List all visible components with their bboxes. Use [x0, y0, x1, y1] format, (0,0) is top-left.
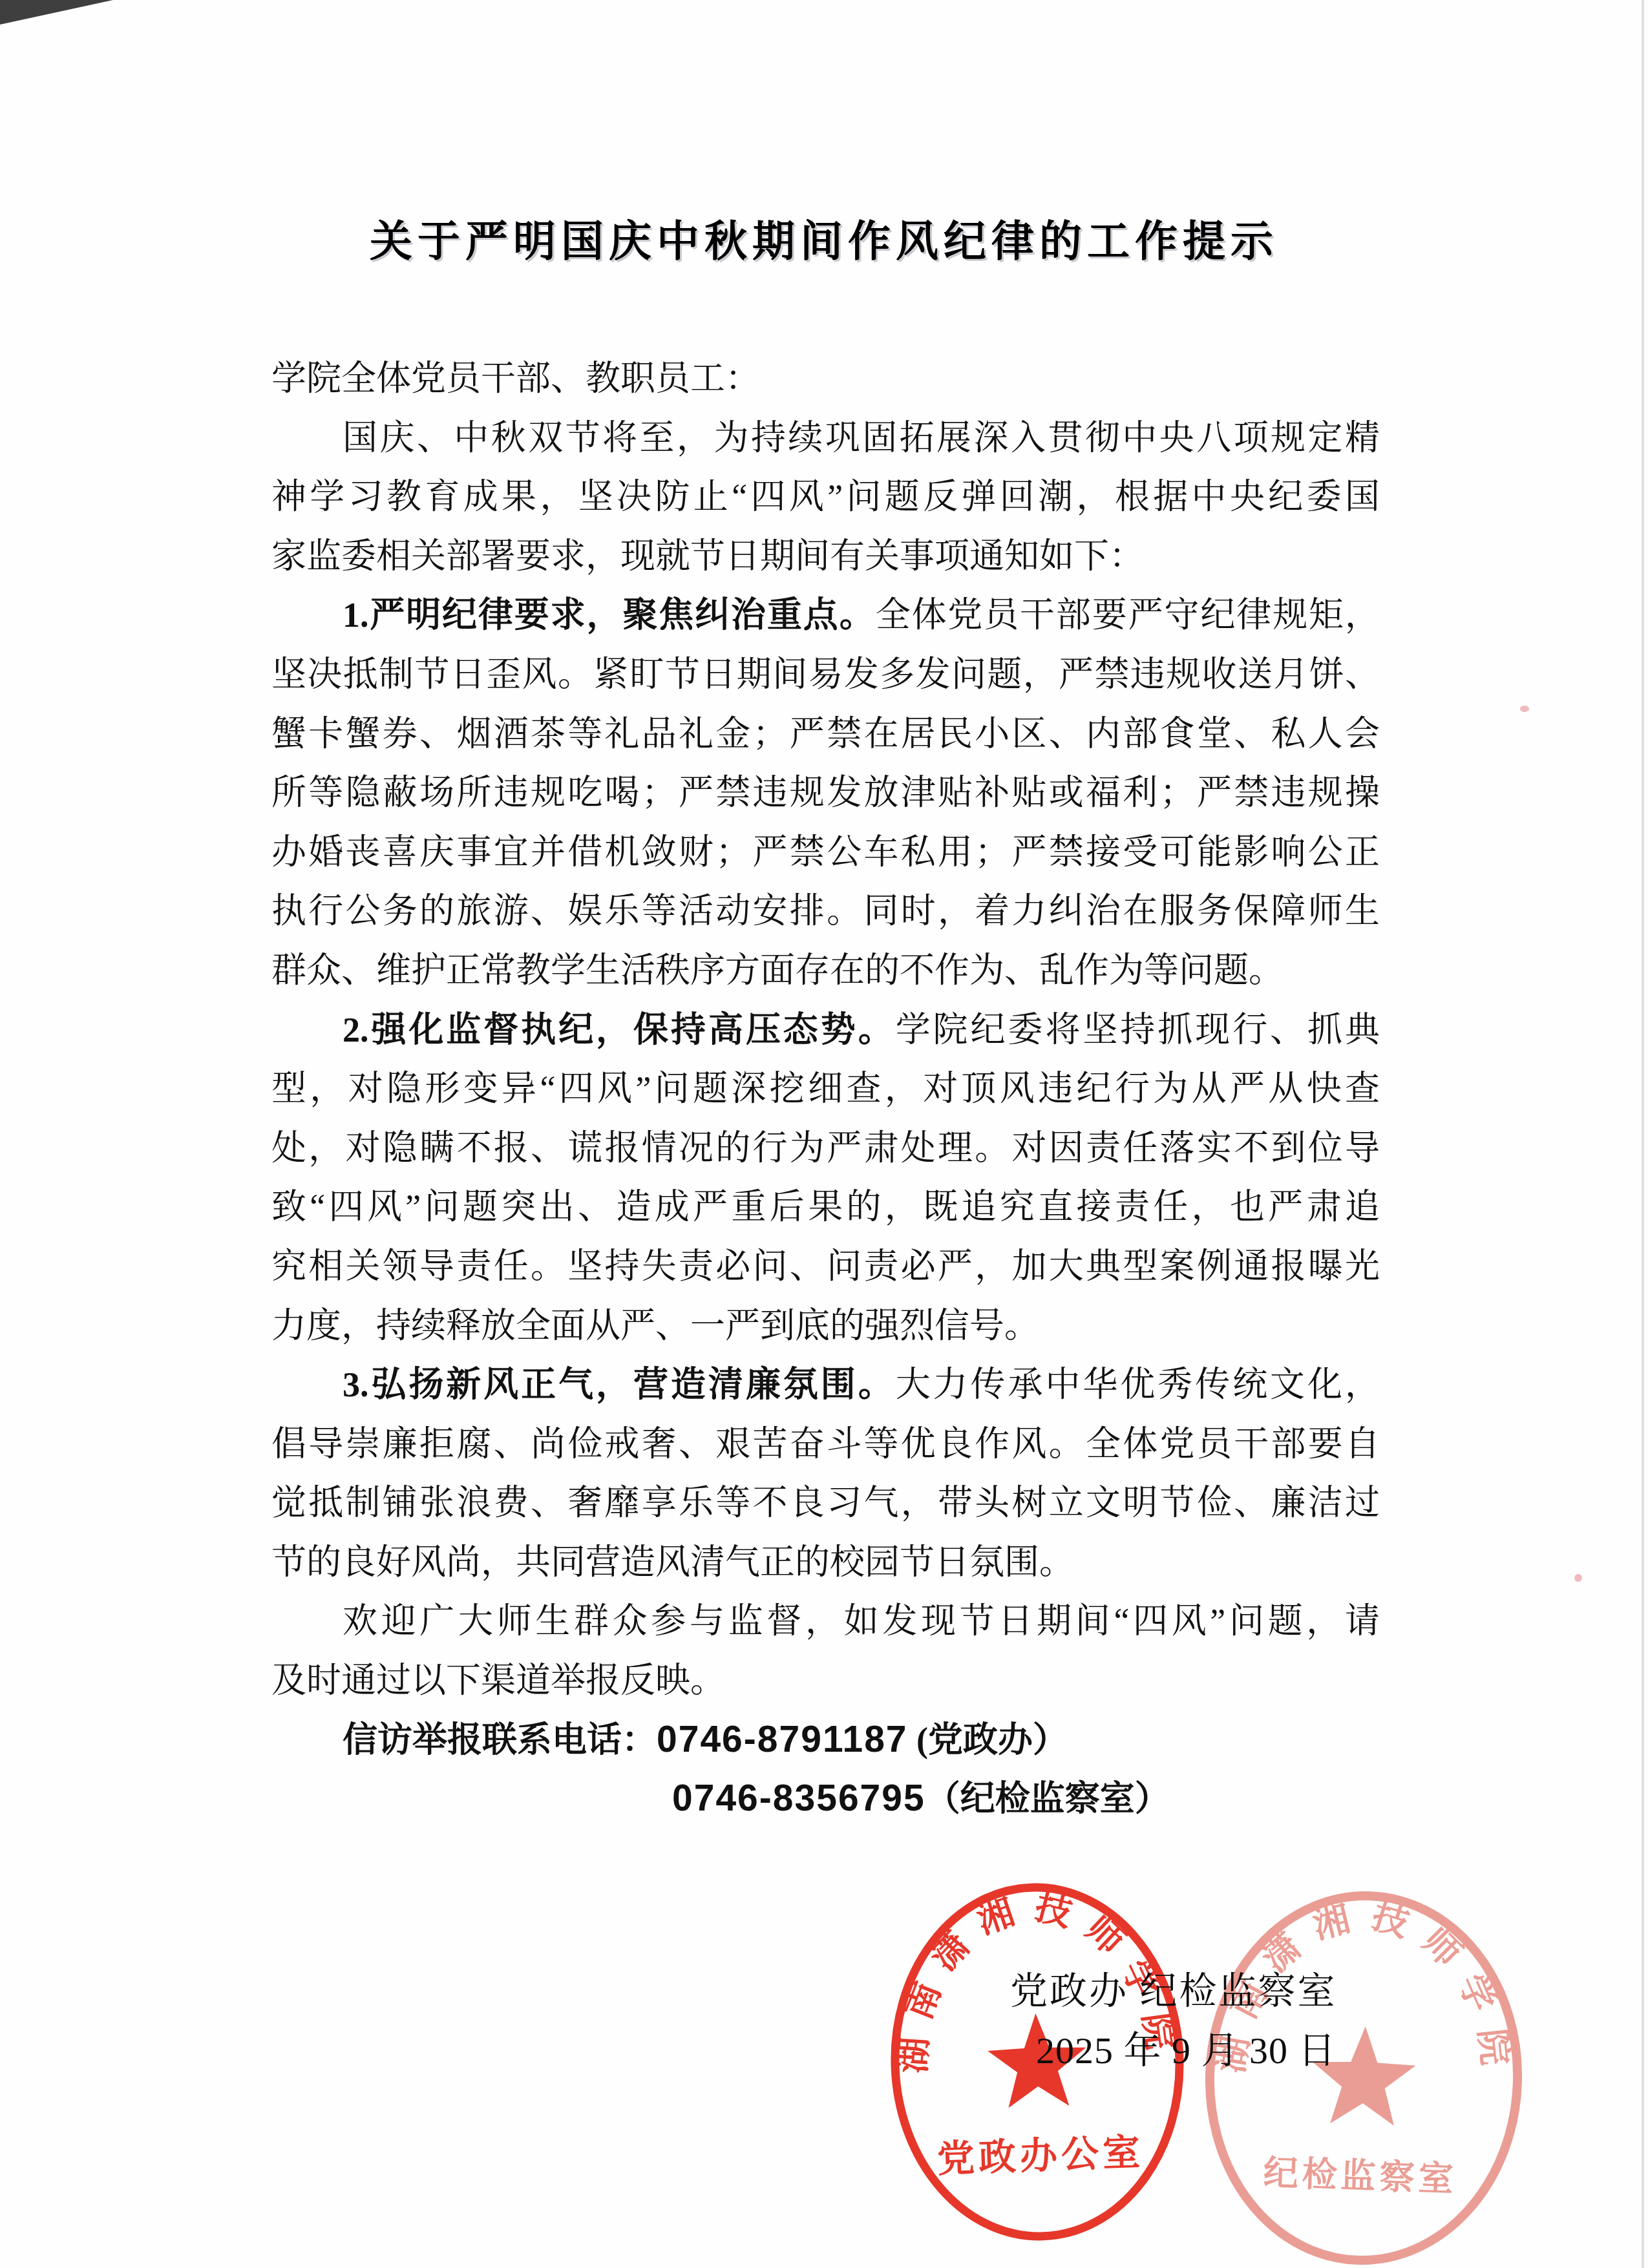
body-line: 学院全体党员干部、教职员工： [271, 349, 1380, 408]
body-line-text: 家监委相关部署要求，现就节日期间有关事项通知如下： [271, 537, 1144, 576]
body-line-text: 型，对隐形变异“四风”问题深挖细查，对顶风违纪行为从严从快查 [271, 1069, 1380, 1108]
document-title: 关于严明国庆中秋期间作风纪律的工作提示 [0, 207, 1648, 268]
body-line: 力度，持续释放全面从严、一严到底的强烈信号。 [271, 1296, 1380, 1356]
body-line-bold: 2.强化监督执纪，保持高压态势。 [343, 1011, 896, 1049]
body-line-text: 神学习教育成果，坚决防止“四风”问题反弹回潮，根据中央纪委国 [271, 478, 1380, 516]
body-line: 2.强化监督执纪，保持高压态势。学院纪委将坚持抓现行、抓典 [271, 1000, 1380, 1060]
body-line: 坚决抵制节日歪风。紧盯节日期间易发多发问题，严禁违规收送月饼、 [271, 645, 1380, 704]
official-seal-discipline-inspection: 湖南潇湘技师学院 纪检监察室 [1194, 1884, 1534, 2268]
signature-date: 2025 年 9 月 30 日 [1036, 2020, 1336, 2074]
body-line-text: 执行公务的旅游、娱乐等活动安排。同时，着力纠治在服务保障师生 [271, 892, 1380, 930]
scan-edge-artifact [0, 0, 113, 25]
phone-number: 0746-8356795 [672, 1778, 925, 1819]
body-line-text: 大力传承中华优秀传统文化， [896, 1365, 1380, 1404]
seal-bottom-text: 党政办公室 [936, 2131, 1145, 2180]
body-line-text: 全体党员干部要严守纪律规矩， [876, 596, 1380, 635]
body-line-text: 所等隐蔽场所违规吃喝；严禁违规发放津贴补贴或福利；严禁违规操 [271, 773, 1380, 812]
body-line: 信访举报联系电话：0746-8791187 (党政办） [271, 1710, 1380, 1770]
body-line: 0746-8356795（纪检监察室） [271, 1769, 1380, 1829]
body-line: 究相关领导责任。坚持失责必问、问责必严，加大典型案例通报曝光 [271, 1237, 1380, 1296]
body-line-text: 国庆、中秋双节将至，为持续巩固拓展深入贯彻中央八项规定精 [343, 419, 1380, 457]
signature-office: 党政办 纪检监察室 [1010, 1960, 1337, 2015]
body-line: 处，对隐瞒不报、谎报情况的行为严肃处理。对因责任落实不到位导 [271, 1118, 1380, 1178]
body-line-text: 学院全体党员干部、教职员工： [271, 359, 760, 398]
body-line: 觉抵制铺张浪费、奢靡享乐等不良习气，带头树立文明节俭、廉洁过 [271, 1473, 1380, 1533]
body-line-text: 欢迎广大师生群众参与监督，如发现节日期间“四风”问题，请 [343, 1602, 1380, 1641]
body-line: 3.弘扬新风正气，营造清廉氛围。大力传承中华优秀传统文化， [271, 1355, 1380, 1414]
phone-number: 0746-8791187 [657, 1719, 908, 1760]
scan-speck [1520, 706, 1529, 712]
body-line: 群众、维护正常教学生活秩序方面存在的不作为、乱作为等问题。 [271, 941, 1380, 1000]
body-line: 办婚丧喜庆事宜并借机敛财；严禁公车私用；严禁接受可能影响公正 [271, 823, 1380, 882]
body-line-text: 觉抵制铺张浪费、奢靡享乐等不良习气，带头树立文明节俭、廉洁过 [271, 1484, 1380, 1522]
body-line-text: 力度，持续释放全面从严、一严到底的强烈信号。 [271, 1307, 1039, 1345]
body-line: 国庆、中秋双节将至，为持续巩固拓展深入贯彻中央八项规定精 [271, 408, 1380, 468]
body-line-text: 处，对隐瞒不报、谎报情况的行为严肃处理。对因责任落实不到位导 [271, 1129, 1380, 1168]
body-line-bold: 信访举报联系电话： [343, 1721, 657, 1759]
body-line-text: 及时通过以下渠道举报反映。 [271, 1661, 725, 1700]
seal-bottom-text: 纪检监察室 [1263, 2154, 1458, 2199]
body-line-text: 节的良好风尚，共同营造风清气正的校园节日氛围。 [271, 1543, 1074, 1582]
body-line-text: 蟹卡蟹券、烟酒茶等礼品礼金；严禁在居民小区、内部食堂、私人会 [271, 715, 1380, 753]
body-line-text: 群众、维护正常教学生活秩序方面存在的不作为、乱作为等问题。 [271, 951, 1284, 990]
body-line: 型，对隐形变异“四风”问题深挖细查，对顶风违纪行为从严从快查 [271, 1059, 1380, 1118]
body-lines: 学院全体党员干部、教职员工：国庆、中秋双节将至，为持续巩固拓展深入贯彻中央八项规… [271, 349, 1380, 1829]
body-line-text: 究相关领导责任。坚持失责必问、问责必严，加大典型案例通报曝光 [271, 1247, 1380, 1286]
scanned-document-page: 关于严明国庆中秋期间作风纪律的工作提示 学院全体党员干部、教职员工：国庆、中秋双… [0, 0, 1648, 2268]
body-line: 神学习教育成果，坚决防止“四风”问题反弹回潮，根据中央纪委国 [271, 467, 1380, 527]
body-line-bold: 3.弘扬新风正气，营造清廉氛围。 [343, 1365, 896, 1404]
body-line-text: （纪检监察室） [925, 1780, 1170, 1818]
body-line: 所等隐蔽场所违规吃喝；严禁违规发放津贴补贴或福利；严禁违规操 [271, 763, 1380, 823]
body-line-bold: 1.严明纪律要求，聚焦纠治重点。 [343, 596, 876, 635]
scan-speck [1574, 1574, 1582, 1582]
scan-edge-line [1642, 0, 1644, 2268]
body-line-text: 学院纪委将坚持抓现行、抓典 [896, 1011, 1380, 1049]
body-line: 欢迎广大师生群众参与监督，如发现节日期间“四风”问题，请 [271, 1591, 1380, 1651]
body-line: 节的良好风尚，共同营造风清气正的校园节日氛围。 [271, 1533, 1380, 1592]
body-line-text: (党政办） [908, 1721, 1068, 1759]
body-line-text: 办婚丧喜庆事宜并借机敛财；严禁公车私用；严禁接受可能影响公正 [271, 833, 1380, 872]
body-line: 执行公务的旅游、娱乐等活动安排。同时，着力纠治在服务保障师生 [271, 881, 1380, 941]
body-line-text: 坚决抵制节日歪风。紧盯节日期间易发多发问题，严禁违规收送月饼、 [271, 655, 1380, 694]
body-line: 蟹卡蟹券、烟酒茶等礼品礼金；严禁在居民小区、内部食堂、私人会 [271, 704, 1380, 764]
body-line: 及时通过以下渠道举报反映。 [271, 1651, 1380, 1710]
body-line: 1.严明纪律要求，聚焦纠治重点。全体党员干部要严守纪律规矩， [271, 585, 1380, 645]
body-line: 家监委相关部署要求，现就节日期间有关事项通知如下： [271, 527, 1380, 586]
body-line: 致“四风”问题突出、造成严重后果的，既追究直接责任，也严肃追 [271, 1177, 1380, 1237]
body-line-text: 倡导崇廉拒腐、尚俭戒奢、艰苦奋斗等优良作风。全体党员干部要自 [271, 1425, 1380, 1464]
body-line-text: 致“四风”问题突出、造成严重后果的，既追究直接责任，也严肃追 [271, 1188, 1380, 1226]
body-line: 倡导崇廉拒腐、尚俭戒奢、艰苦奋斗等优良作风。全体党员干部要自 [271, 1414, 1380, 1474]
